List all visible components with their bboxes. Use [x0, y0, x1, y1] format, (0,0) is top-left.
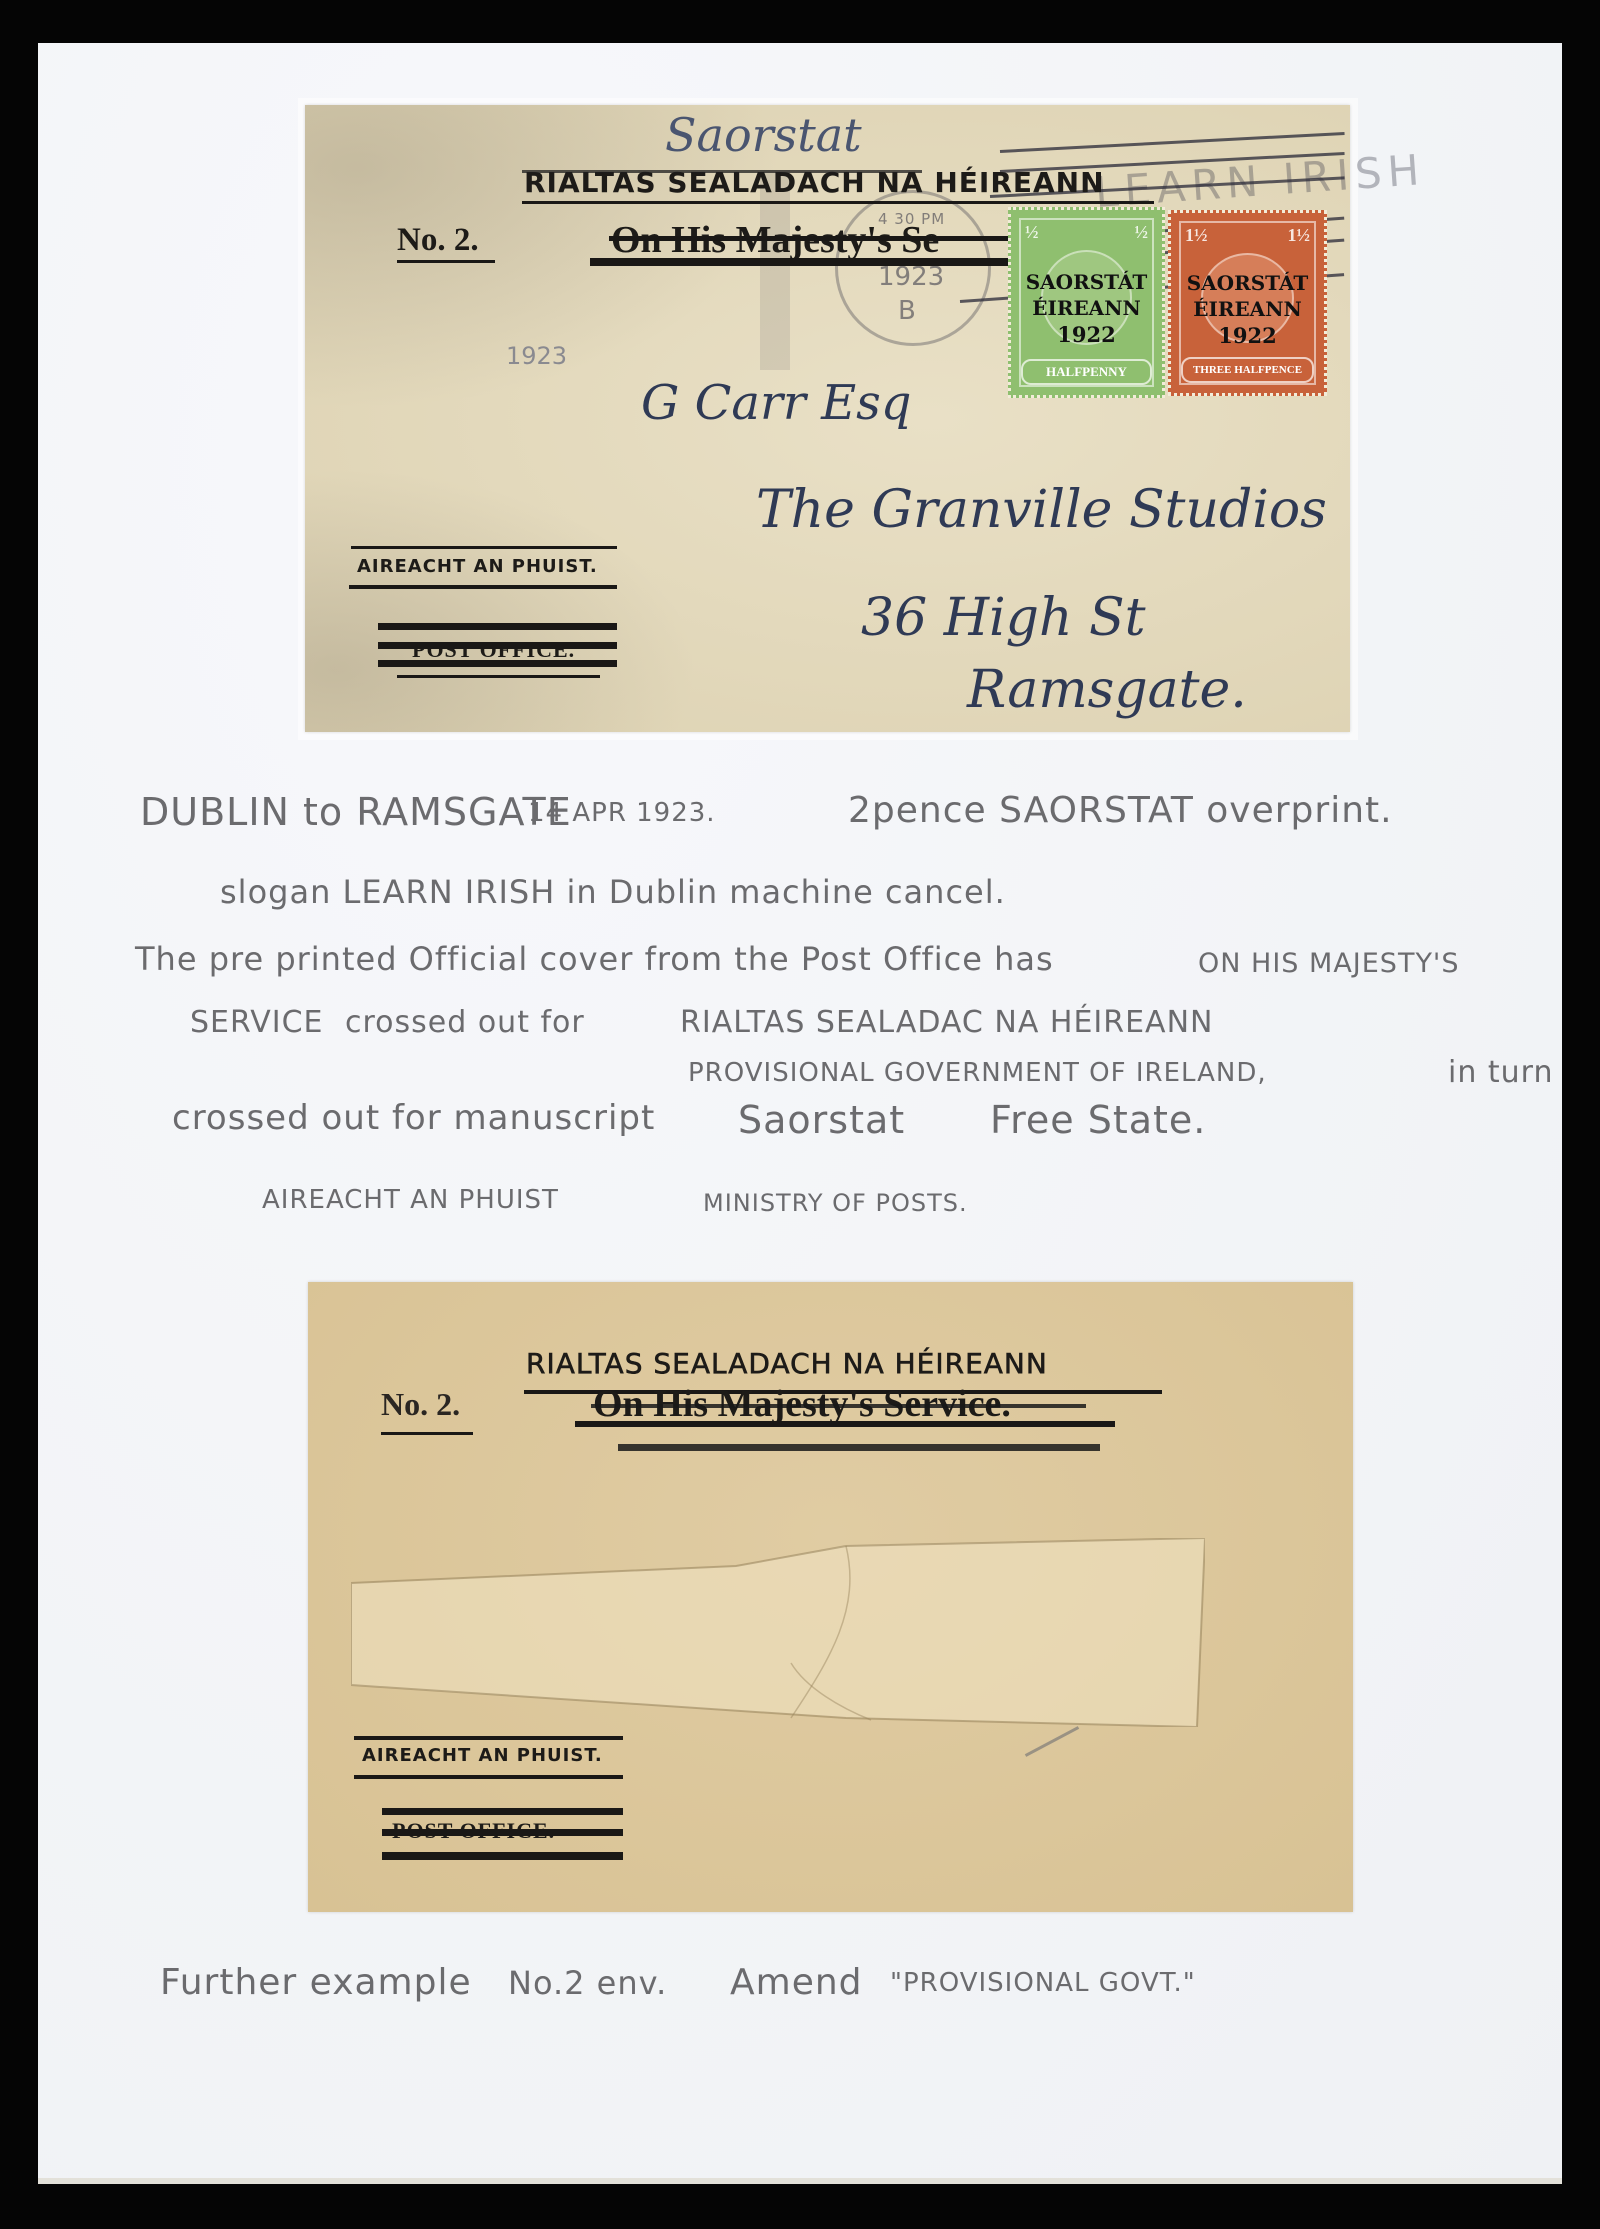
address-line3: 36 High St: [861, 588, 1146, 648]
cover2-strike-bar: [591, 1404, 1086, 1408]
stamp-corner-value: ½: [1135, 222, 1149, 243]
note-aireacht: AIREACHT AN PHUIST: [262, 1185, 559, 1215]
cover2-department-irish: AIREACHT AN PHUIST.: [362, 1745, 603, 1766]
note-free-state: Free State.: [990, 1098, 1206, 1142]
cover2-strike-bar: [618, 1444, 1100, 1451]
note-slogan: slogan LEARN IRISH in Dublin machine can…: [220, 873, 1006, 911]
cover1-po-strike-bar: [378, 623, 617, 630]
note-service: SERVICE: [190, 1005, 323, 1040]
cover1-po-strike-bar: [378, 642, 617, 649]
note-ohms: ON HIS MAJESTY'S: [1198, 948, 1460, 979]
cover2-header-irish: RIALTAS SEALADACH NA HÉIREANN: [526, 1347, 1048, 1380]
address-line4: Ramsgate.: [967, 660, 1247, 720]
stamp-overprint-line3: 1922: [1011, 322, 1162, 347]
stamp-corner-value: 1½: [1288, 225, 1311, 246]
cover1-number-underline: [397, 260, 495, 263]
cover2-po-strike-bar: [382, 1808, 623, 1815]
cover2-number-underline: [381, 1432, 473, 1435]
cover1-po-underline: [397, 675, 600, 678]
stamp-overprint-line1: SAORSTÁT: [1171, 271, 1324, 295]
stamp-overprint-line2: ÉIREANN: [1171, 297, 1324, 321]
postmark-bar: [760, 170, 790, 370]
cover2-dept-bottom-rule: [354, 1775, 623, 1779]
note-saorstat: Saorstat: [738, 1098, 905, 1142]
footer-note-amend: Amend: [730, 1962, 863, 2003]
stamp-overprint-line3: 1922: [1171, 323, 1324, 348]
cover1-pencil-date: 1923: [506, 342, 567, 370]
address-line1: G Carr Esq: [641, 375, 912, 431]
cover1-manuscript-saorstat: Saorstat: [665, 108, 862, 162]
note-rialtas: RIALTAS SEALADAC NA HÉIREANN: [680, 1005, 1213, 1040]
cover1-po-strike-bar: [378, 660, 617, 667]
cover1-department-irish: AIREACHT AN PHUIST.: [357, 556, 598, 577]
cover1-number-label: No. 2.: [397, 222, 479, 259]
cover2-po-strike-bar: [382, 1829, 623, 1836]
address-line2: The Granville Studios: [756, 480, 1327, 540]
stamp-value-label: THREE HALFPENCE: [1181, 357, 1314, 383]
stamp-three-halfpence: 1½ 1½ SAORSTÁT ÉIREANN 1922 THREE HALFPE…: [1168, 210, 1327, 396]
stamp-corner-value: 1½: [1185, 225, 1208, 246]
cover2-strike-bar: [575, 1421, 1115, 1427]
footer-note-further: Further example: [160, 1962, 472, 2003]
stamp-halfpenny: ½ ½ SAORSTÁT ÉIREANN 1922 HALFPENNY: [1008, 207, 1165, 398]
cover1-header-irish-strike: [522, 170, 922, 173]
cover1-dept-bottom-rule: [349, 585, 617, 589]
page-edge: [38, 2178, 1562, 2184]
note-route: DUBLIN to RAMSGATE: [140, 790, 572, 834]
note-date: 14 APR 1923.: [528, 798, 716, 828]
cover2-dept-top-rule: [354, 1736, 623, 1740]
note-provisional-govt: PROVISIONAL GOVERNMENT OF IRELAND,: [688, 1058, 1267, 1088]
stamp-overprint-line1: SAORSTÁT: [1011, 270, 1162, 294]
postmark-code: B: [898, 296, 916, 326]
note-overprint: 2pence SAORSTAT overprint.: [848, 790, 1393, 831]
cover1-strike-bar: [609, 236, 1009, 241]
stamp-value-label: HALFPENNY: [1021, 359, 1152, 385]
footer-note-env: No.2 env.: [508, 1964, 667, 2002]
stamp-corner-value: ½: [1025, 222, 1039, 243]
cover2-po-strike-bar: [382, 1852, 623, 1860]
footer-note-provisional: "PROVISIONAL GOVT.": [890, 1968, 1196, 1998]
postmark-year: 1923: [878, 262, 944, 292]
note-preprinted: The pre printed Official cover from the …: [135, 940, 1054, 978]
cover1-strike-bar: [590, 258, 1010, 266]
cover1-header-rule: [522, 201, 1154, 204]
note-in-turn: in turn: [1448, 1055, 1553, 1090]
cover2-number-label: No. 2.: [381, 1386, 460, 1423]
note-crossed-out: crossed out for: [345, 1005, 585, 1040]
cover2-window-outline: [351, 1538, 1205, 1727]
stamp-overprint-line2: ÉIREANN: [1011, 296, 1162, 320]
cover1-dept-top-rule: [351, 546, 617, 549]
note-manuscript: crossed out for manuscript: [172, 1098, 655, 1138]
note-ministry: MINISTRY OF POSTS.: [703, 1189, 968, 1217]
